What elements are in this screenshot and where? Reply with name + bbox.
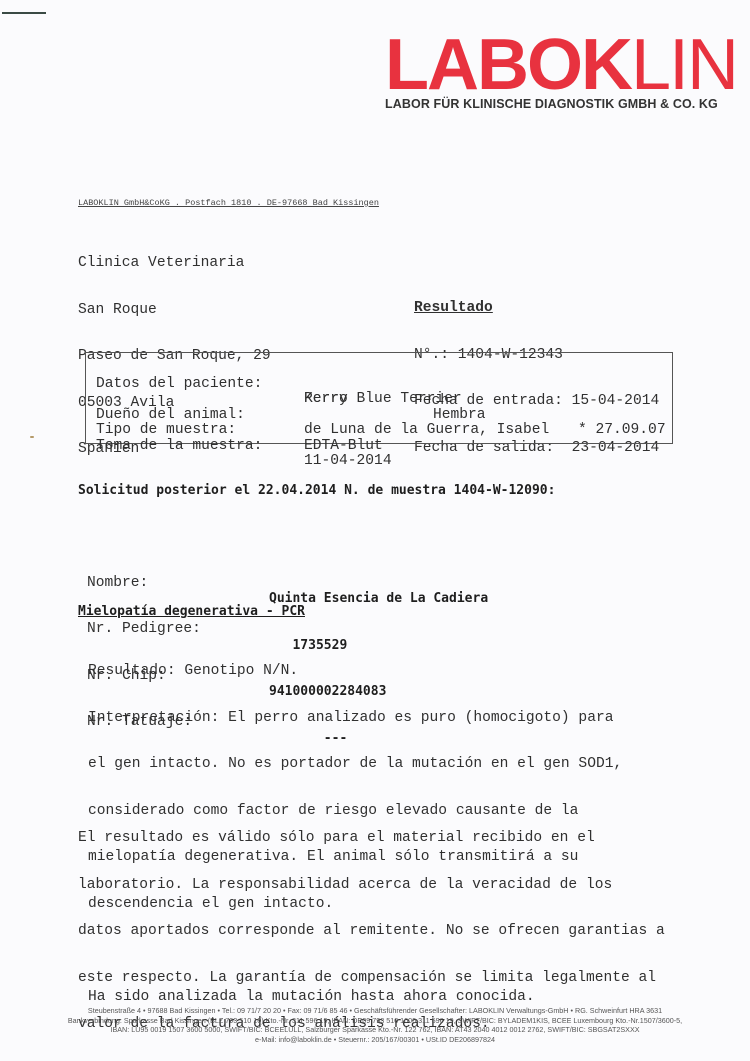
- disclaimer-line: este respecto. La garantía de compensaci…: [78, 971, 665, 987]
- result-line: Interpretación: El perro analizado es pu…: [88, 711, 622, 727]
- recipient-line: Clinica Veterinaria: [78, 256, 271, 272]
- sample-date: 11-04-2014: [304, 454, 392, 470]
- logo-wordmark-thin: LIN: [631, 25, 737, 105]
- patient-breed: Kerry Blue Terrier: [304, 392, 462, 408]
- result-title: Resultado: [414, 301, 659, 317]
- sample-date-row: Toma de la muestra: 11-04-2014: [96, 423, 131, 439]
- disclaimer-line: laboratorio. La responsabilidad acerca d…: [78, 878, 665, 894]
- result-line: Resultado: Genotipo N/N.: [88, 664, 622, 680]
- logo-wordmark-bold: LABOK: [385, 25, 631, 105]
- laboklin-logo: LABOKLIN LABOR FÜR KLINISCHE DIAGNOSTIK …: [385, 33, 715, 111]
- breed-row: Kerry Blue Terrier: [96, 377, 131, 393]
- recipient-line: San Roque: [78, 303, 271, 319]
- footer-line: Steubenstraße 4 • 97688 Bad Kissingen • …: [0, 1006, 750, 1016]
- return-address: LABOKLIN GmbH&CoKG . Postfach 1810 . DE-…: [78, 198, 379, 208]
- disclaimer-line: El resultado es válido sólo para el mate…: [78, 831, 665, 847]
- patient-row: Datos del paciente: Perro Hembra * 27.09…: [96, 361, 131, 377]
- disclaimer-line: datos aportados corresponde al remitente…: [78, 924, 665, 940]
- footer-line: Bankverbindung: Sparkasse Bad Kissingen …: [0, 1016, 750, 1026]
- company-footer: Steubenstraße 4 • 97688 Bad Kissingen • …: [0, 1006, 750, 1044]
- test-title: Mielopatía degenerativa - PCR: [78, 604, 305, 619]
- patient-sex: Hembra: [433, 408, 486, 424]
- id-label: Nombre:: [87, 576, 148, 592]
- request-line: Solicitud posterior el 22.04.2014 N. de …: [78, 483, 555, 498]
- owner-name: de Luna de la Guerra, Isabel: [304, 423, 549, 439]
- footer-line: IBAN: LU95 0019 1507 3600 5000, SWIFT/BI…: [0, 1025, 750, 1035]
- logo-wordmark: LABOKLIN: [385, 33, 715, 97]
- sample-type-row: Tipo de muestra: EDTA-Blut: [96, 408, 131, 424]
- sample-type: EDTA-Blut: [304, 439, 383, 455]
- owner-row: Dueño del animal: de Luna de la Guerra, …: [96, 392, 131, 408]
- sample-date-label: Toma de la muestra:: [96, 439, 262, 455]
- scan-speck: [30, 436, 34, 438]
- id-row-name: Nombre: Quinta Esencia de La Cadiera: [87, 560, 122, 576]
- logo-subtitle: LABOR FÜR KLINISCHE DIAGNOSTIK GMBH & CO…: [385, 97, 715, 111]
- patient-data-box: Datos del paciente: Perro Hembra * 27.09…: [85, 352, 673, 444]
- scan-corner-mark: [2, 12, 46, 14]
- patient-birth-date: * 27.09.07: [578, 423, 666, 439]
- result-line: el gen intacto. No es portador de la mut…: [88, 757, 622, 773]
- footer-line: e-Mail: info@laboklin.de • Steuernr.: 20…: [0, 1035, 750, 1045]
